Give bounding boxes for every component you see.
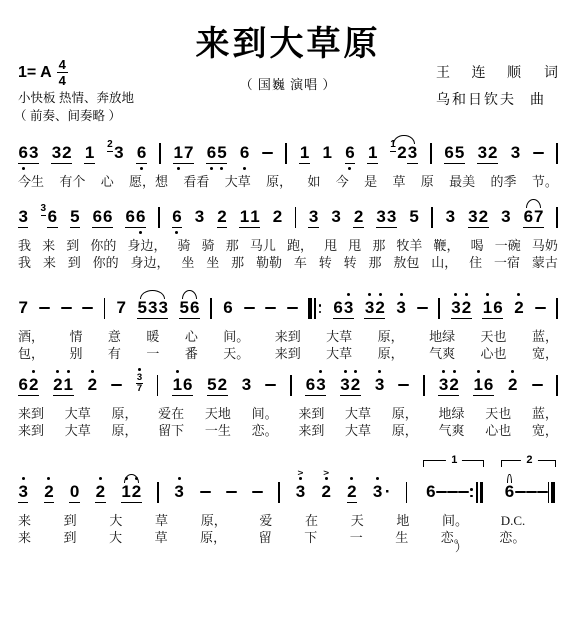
note-digits: 63 (18, 144, 39, 164)
lyric-syllable: 你的 (90, 237, 116, 254)
lyric-syllable: 马儿 (250, 237, 276, 254)
note: 6 (136, 134, 146, 173)
note-digit: 5 (217, 144, 227, 162)
note-digit: 6 (305, 376, 315, 394)
lyric-syllable: 别 (69, 345, 82, 362)
octave-dot-high (32, 370, 35, 373)
lyric-syllable: 气爽 (429, 345, 455, 362)
note-digits: 3 (331, 208, 341, 226)
barline (158, 207, 160, 228)
note-digit: 3 (114, 144, 124, 162)
volta-label: 1 (446, 454, 462, 466)
note: 53 (137, 289, 158, 328)
note-digit: 1 (239, 208, 249, 226)
note-digit: 6 (18, 144, 28, 162)
note-digit: 2 (217, 208, 227, 226)
lyric-syllable: 今 (336, 173, 349, 190)
lyric-syllable: 在 (305, 512, 318, 529)
page-mark: ） (455, 538, 467, 555)
note: 1 (84, 134, 94, 173)
barline (556, 375, 558, 396)
note: 7 (116, 289, 126, 326)
note-digits: 6 (47, 208, 57, 228)
note-digits: 32 (451, 299, 472, 319)
repeat-dot (319, 311, 322, 314)
grace-stack-top: 3 (136, 373, 143, 384)
repeat-dot (470, 488, 473, 491)
lyric-syllable: 心也 (481, 345, 507, 362)
note-digits: 2 (397, 144, 407, 162)
composer-credit: 乌和日钦夫 曲 (436, 89, 558, 109)
note-digit: 3 (343, 299, 353, 317)
octave-dot-high (99, 477, 102, 480)
note-digit: 6 (125, 208, 135, 226)
lyric-syllable: 爱 (259, 512, 272, 529)
thick-bar (551, 482, 554, 503)
notes-row: 32021233>2>23·1626 (18, 473, 558, 512)
octave-dot-high (135, 477, 138, 480)
note-digit: 1 (250, 208, 260, 226)
note-digits: 3 (194, 208, 204, 226)
note-digit: 1 (299, 144, 309, 162)
note: 2 (95, 473, 105, 512)
note: 32 (340, 366, 361, 405)
note-digits: 1 (84, 144, 94, 164)
note-digits: 7 (116, 299, 126, 317)
duration-dash (537, 491, 548, 493)
lyric-syllable: 留下 (158, 422, 184, 439)
lyric-syllable: 来到 (275, 345, 301, 362)
note-digit: 6 (504, 483, 514, 501)
lyric-syllable: 心 (101, 173, 114, 190)
note: 6 (172, 198, 182, 237)
lyric-syllable: 大草 (65, 405, 91, 422)
note-digit: 2 (488, 144, 498, 162)
lyric-syllable: 愿，想 (129, 173, 168, 190)
lyric-syllable: 草 (155, 512, 168, 529)
note: 6 (345, 134, 355, 173)
note: 2 (514, 289, 524, 326)
barline (290, 375, 292, 396)
lyric-syllable: 原， (111, 422, 137, 439)
note-digits: 32 (364, 299, 385, 319)
octave-dot-high (511, 370, 514, 373)
note: 65 (444, 134, 465, 173)
note: 3> (295, 473, 305, 510)
lyric-syllable: 大草 (326, 345, 352, 362)
slur-group: 12 (121, 473, 142, 512)
note-digit: 3 (451, 299, 461, 317)
lyric-syllable: 来到 (18, 422, 44, 439)
note: 7 (18, 289, 28, 326)
lyric-syllable: 一 (146, 345, 159, 362)
lyric-syllable: 喝 (471, 237, 484, 254)
octave-dot-high (91, 370, 94, 373)
note-digit: 3 (316, 376, 326, 394)
lyrics-row: 我来到你的身边，骑骑那马儿跑，甩甩那牧羊鞭，喝一碗马奶 (18, 237, 558, 254)
note: 3 (374, 366, 384, 403)
note-digit: 6 (483, 376, 493, 394)
note: 17 (173, 134, 194, 173)
lyric-syllable: 那 (231, 254, 244, 271)
octave-dot-high (400, 293, 403, 296)
barline (438, 298, 440, 319)
lyric-syllable: 大草 (225, 173, 251, 190)
lyrics-row: 酒，情意暖心间。来到大草原，地绿天也蓝， (18, 328, 558, 345)
note-digits: 63 (305, 376, 326, 396)
note-digit: 1 (367, 144, 377, 162)
note: 32 (468, 198, 489, 237)
note-digit: 2 (508, 376, 518, 394)
lyric-syllable: 转 (319, 254, 332, 271)
octave-dot-high (368, 293, 371, 296)
note-digit: 3> (295, 483, 305, 501)
note-digits: 2 (272, 208, 282, 226)
octave-dot-low (210, 167, 213, 170)
note-digit: 3 (374, 376, 384, 394)
note-digit: 3 (364, 299, 374, 317)
note-digits: 32 (468, 208, 489, 228)
note-digit: 0 (69, 483, 79, 501)
note: 12 (390, 134, 407, 173)
note: 6 (239, 134, 249, 171)
lyric-syllable: 来到 (275, 328, 301, 345)
duration-dash (262, 152, 273, 154)
duration-dash (436, 491, 447, 493)
note: 16 (172, 366, 193, 405)
lyric-syllable: 天地 (205, 405, 231, 422)
slur-group: 6 (504, 473, 514, 510)
note-digit: 3 (241, 376, 251, 394)
duration-dash (515, 491, 526, 493)
note-digit: 2 (350, 376, 360, 394)
score-body: 6332123617656116112365323今生有个心愿，想看看大草原，如… (0, 134, 576, 546)
note-digits: 2 (514, 299, 524, 317)
note-digits: 2 (44, 483, 54, 503)
lyric-syllable: 甩 (324, 237, 337, 254)
lyric-syllable: 是 (364, 173, 377, 190)
grace-note: 2 (107, 140, 113, 152)
lyric-syllable: 来到 (18, 405, 44, 422)
note-digit: 6 (189, 299, 199, 317)
note: 5 (70, 198, 80, 237)
duration-dash (265, 307, 276, 309)
note-digits: 6 (223, 299, 233, 317)
lyric-syllable: 如 (307, 173, 320, 190)
note: 1 (299, 134, 309, 173)
note-digit: 2 (478, 208, 488, 226)
note-digit: 3 (376, 208, 386, 226)
duration-dash (61, 307, 72, 309)
note-digit: 3 (194, 208, 204, 226)
note-digit: 3 (445, 208, 455, 226)
note: 16 (473, 366, 494, 405)
score-line: 775335666332332162酒，情意暖心间。来到大草原，地绿天也蓝，包，… (18, 289, 558, 362)
note-digit: 3 (28, 144, 38, 162)
lyric-syllable: 马奶 (532, 237, 558, 254)
lyric-syllable: 情 (69, 328, 82, 345)
octave-dot-high (453, 370, 456, 373)
note-digits: 52 (207, 376, 228, 396)
note: 63 (18, 134, 39, 173)
note-digits: 3 (396, 299, 406, 317)
note-digit: 2 (514, 299, 524, 317)
final-barline (548, 482, 555, 503)
note-digit: 2 (347, 483, 357, 501)
lyric-syllable: 跑， (287, 237, 313, 254)
lyrics-row: 来到大草原，爱在天地间。来到大草原，地绿天也蓝， (18, 405, 558, 422)
note: 32 (451, 289, 472, 328)
song-title: 来到大草原 (0, 16, 576, 65)
lyric-syllable: 蓝， (532, 328, 558, 345)
note-digits: 32 (51, 144, 72, 164)
score-header: 来到大草原 1= A 4 4 （ 国巍 演唱 ） 王 连 顺 词 乌和日钦夫 曲… (0, 0, 576, 134)
note-digit: 6 (493, 299, 503, 317)
note: 3 (241, 366, 251, 403)
note: 3 (501, 198, 511, 235)
lyrics-row: 来到大草原，爱在天地间。D.C. (18, 512, 558, 529)
lyrics-row: 来到大草原，留下一生恋。恋。 (18, 529, 558, 546)
lyric-syllable: 包， (18, 345, 44, 362)
lyric-syllable: 到 (64, 529, 77, 546)
lyric-syllable: 原， (392, 405, 418, 422)
notes-row: 6332123617656116112365323 (18, 134, 558, 173)
duration-dash (417, 307, 428, 309)
lyric-syllable: 那 (372, 237, 385, 254)
note: 3 (445, 198, 455, 235)
lyric-syllable: 原 (421, 173, 434, 190)
lyric-syllable: 住 (469, 254, 482, 271)
note: 3 (510, 134, 520, 171)
note-digit: 7 (184, 144, 194, 162)
note-digit: 2> (321, 483, 331, 501)
lyric-syllable: 骑 (202, 237, 215, 254)
tempo-marking: 小快板 热情、奔放地 (18, 88, 134, 106)
note-digit: 2 (131, 483, 141, 501)
note-digits: 2 (347, 483, 357, 503)
lyric-syllable: 留 (259, 529, 272, 546)
octave-dot-low (177, 167, 180, 170)
repeat-dots (469, 482, 474, 503)
octave-dot-high (454, 293, 457, 296)
lyric-syllable: 番 (185, 345, 198, 362)
note-digit: 6 (136, 208, 146, 226)
note-digits: 6 (189, 299, 199, 319)
lyric-syllable: 地 (396, 512, 409, 529)
note: 67 (523, 198, 544, 237)
octave-dot-high (22, 477, 25, 480)
note-digits: 3 (308, 208, 318, 228)
lyric-syllable: 爱在 (158, 405, 184, 422)
octave-dot-high (486, 293, 489, 296)
thin-bar (476, 482, 478, 503)
volta-bracket-1: 16 (423, 473, 486, 510)
note: 63 (333, 289, 354, 328)
duration-dash (287, 307, 298, 309)
lyric-syllable: 地绿 (429, 328, 455, 345)
credits: 王 连 顺 词 乌和日钦夫 曲 (436, 62, 558, 116)
note-digits: 3 (18, 208, 28, 228)
barline (159, 143, 161, 164)
note-digits: 32 (340, 376, 361, 396)
note-digit: 1 (84, 144, 94, 162)
barline (431, 207, 433, 228)
barline (157, 482, 159, 503)
note: 66 (125, 198, 146, 237)
note-digits: 66 (92, 208, 113, 228)
lyric-syllable: 地绿 (438, 405, 464, 422)
note-digit: 3 (407, 144, 417, 162)
note-digits: 3 (407, 144, 417, 164)
note-digit: 6 (103, 208, 113, 226)
note-digit: 2 (353, 208, 363, 226)
note-digits: 3 (445, 208, 455, 226)
repeat-start-barline (308, 298, 322, 319)
repeat-dot (470, 495, 473, 498)
octave-dot-high (319, 370, 322, 373)
note-digit: 5 (179, 299, 189, 317)
note: 6 (189, 289, 199, 328)
lyric-syllable: 有 (108, 345, 121, 362)
thin-bar (548, 482, 550, 503)
note-digit: 1 (63, 376, 73, 394)
slur-group: 533 (137, 289, 168, 328)
note: 11 (239, 198, 260, 237)
note-digits: 63 (333, 299, 354, 319)
note-digits: 3 (174, 483, 184, 501)
duration-dash (447, 491, 458, 493)
lyric-syllable: 心也 (485, 422, 511, 439)
note-digit: 6 (183, 376, 193, 394)
note: 3 (18, 473, 28, 512)
lyric-syllable: 看看 (183, 173, 209, 190)
octave-dot-high (138, 368, 141, 371)
note-digit: 3 (308, 208, 318, 226)
lyric-syllable: 转 (344, 254, 357, 271)
lyric-syllable: 原， (378, 328, 404, 345)
note-digits: 1 (299, 144, 309, 164)
duration-dash (39, 307, 50, 309)
duration-dash (226, 491, 237, 493)
note-digit: 3 (147, 299, 157, 317)
note-digits: 1 (367, 144, 377, 164)
octave-dot-high (477, 370, 480, 373)
note-digits: 3 (501, 208, 511, 226)
composer-name: 乌和日钦夫 (436, 89, 516, 109)
lyric-syllable: 我 (18, 237, 31, 254)
octave-dot-high (56, 370, 59, 373)
lyric-syllable: 你的 (93, 254, 119, 271)
lyric-syllable: 宽， (532, 345, 558, 362)
lyric-syllable: 到 (68, 254, 81, 271)
note-digits: 65 (444, 144, 465, 164)
note-digit: 3 (51, 144, 61, 162)
note-digit: 6 (136, 144, 146, 162)
note: 2 (44, 473, 54, 512)
note-digits: 11 (239, 208, 260, 228)
lyric-syllable: 气爽 (438, 422, 464, 439)
duration-dash (532, 384, 543, 386)
note-digit: 3 (18, 208, 28, 226)
note-digit: 3 (396, 299, 406, 317)
note: 21 (53, 366, 74, 405)
thin-bar (314, 298, 316, 319)
note: 3 (194, 198, 204, 235)
note-digits: 2> (321, 483, 331, 501)
octave-dot-high (47, 477, 50, 480)
grace-note: 1 (390, 140, 396, 152)
note-digit: 2 (397, 144, 407, 162)
note-digit: 5 (207, 376, 217, 394)
note-digit: 1 (121, 483, 131, 501)
lyric-syllable: 到 (64, 512, 77, 529)
lyric-syllable: 敖包 (393, 254, 419, 271)
repeat-dots (318, 298, 323, 319)
duration-dash (82, 307, 93, 309)
note-digit: 2 (461, 299, 471, 317)
lyric-syllable: 草 (155, 529, 168, 546)
barline (295, 207, 297, 228)
note-digit: 3 (18, 483, 28, 501)
score-line: 6221237165236332332162来到大草原，爱在天地间。来到大草原，… (18, 366, 558, 439)
note: 16 (482, 289, 503, 328)
note: 23 (107, 134, 124, 171)
note-digits: 3 (372, 483, 382, 501)
note-digits: 2 (353, 208, 363, 228)
note: 65 (206, 134, 227, 173)
note-digits: 5 (70, 208, 80, 228)
octave-dot-low (243, 167, 246, 170)
note-digit: 2 (375, 299, 385, 317)
note: 63 (305, 366, 326, 405)
thick-bar (480, 482, 483, 503)
note-digits: 2 (508, 376, 518, 394)
note-digit: 6 (47, 208, 57, 226)
lyric-syllable: 天也 (485, 405, 511, 422)
note-digits: 1 (322, 144, 332, 162)
lyric-syllable: 骑 (178, 237, 191, 254)
lyric-syllable: 大 (109, 529, 122, 546)
score-line: 33656666632112332335332367我来到你的身边，骑骑那马儿跑… (18, 198, 558, 271)
note: 2 (87, 366, 97, 403)
note-digits: 2 (217, 208, 227, 228)
lyric-syllable: 宽， (532, 422, 558, 439)
note-digit: 1 (482, 299, 492, 317)
lyric-syllable: 我 (18, 254, 31, 271)
lyric-syllable: 来到 (298, 405, 324, 422)
lyric-syllable: 到 (66, 237, 79, 254)
octave-dot-high (442, 370, 445, 373)
volta-bracket-2: 26 (501, 473, 558, 510)
lyric-syllable: 大草 (345, 405, 371, 422)
note: 2 (272, 198, 282, 235)
octave-dot-high (376, 477, 379, 480)
octave-dot-high (176, 370, 179, 373)
octave-dot-low (348, 167, 351, 170)
note-digit: 5 (70, 208, 80, 226)
barline (556, 298, 558, 319)
barline (278, 482, 280, 503)
barline (556, 143, 558, 164)
lyric-syllable: 原， (392, 422, 418, 439)
note-digit: 6 (206, 144, 216, 162)
note-digit: 6 (92, 208, 102, 226)
lyric-syllable: 天也 (481, 328, 507, 345)
repeat-end-barline (469, 482, 483, 503)
note: 3 (18, 198, 28, 237)
note-digit: 3 (372, 483, 382, 501)
barline (423, 375, 425, 396)
